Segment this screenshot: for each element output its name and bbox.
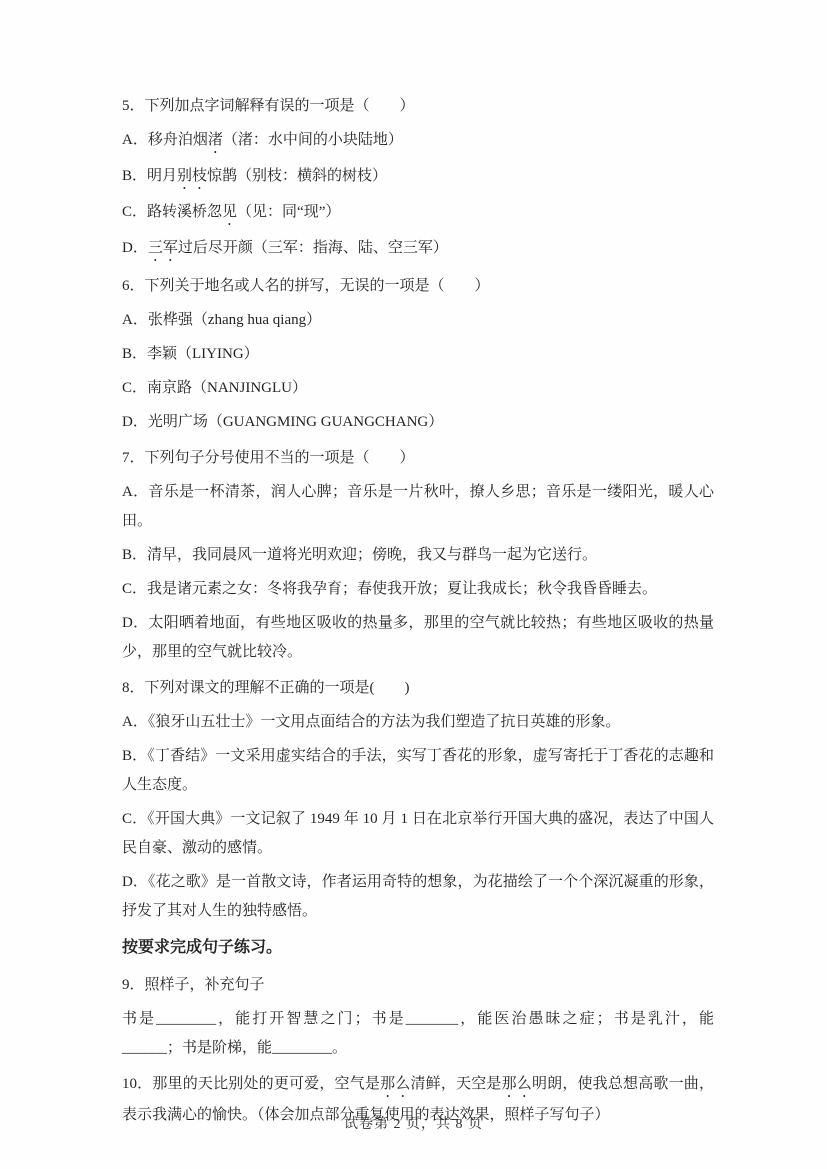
question-7-stem: 7．下列句子分号使用不当的一项是（ ） [122, 444, 714, 473]
emphasized-text: 那么 [502, 1076, 532, 1092]
text-run: B．《丁香结》一文采用虚实结合的手法，实写丁香花的形象，虚写寄托于丁香花的志趣和… [122, 748, 714, 793]
question-5-option-c: C．路转溪桥忽见（见：同“现”） [122, 198, 714, 229]
text-run: B．清早，我同晨风一道将光明欢迎；傍晚，我又与群鸟一起为它送行。 [122, 547, 597, 563]
emphasized-text: 别枝 [177, 168, 207, 184]
text-run: D．光明广场（GUANGMING GUANGCHANG） [122, 414, 443, 430]
question-6-stem: 6．下列关于地名或人名的拼写，无误的一项是（ ） [122, 272, 714, 301]
question-7-option-a: A．音乐是一杯清茶，润人心脾；音乐是一片秋叶，撩人乡思；音乐是一缕阳光，暖人心田… [122, 478, 714, 536]
text-run: A．张桦强（zhang hua qiang） [122, 312, 321, 328]
text-run: （见：同“现”） [237, 204, 340, 220]
text-run: C．南京路（NANJINGLU） [122, 380, 307, 396]
question-6-option-c: C．南京路（NANJINGLU） [122, 374, 714, 403]
text-run: C．《开国大典》一文记叙了 1949 年 10 月 1 日在北京举行开国大典的盛… [122, 811, 714, 856]
question-5-option-a: A．移舟泊烟渚（渚：水中间的小块陆地） [122, 126, 714, 157]
emphasized-text: 那么 [380, 1076, 410, 1092]
question-8-option-b: B．《丁香结》一文采用虚实结合的手法，实写丁香花的形象，虚写寄托于丁香花的志趣和… [122, 742, 714, 800]
text-run: D． [122, 240, 148, 256]
question-6-option-a: A．张桦强（zhang hua qiang） [122, 306, 714, 335]
question-8-option-d: D．《花之歌》是一首散文诗，作者运用奇特的想象，为花描绘了一个个深沉凝重的形象，… [122, 868, 714, 926]
text-run: 过后尽开颜（三军：指海、陆、空三军） [178, 240, 448, 256]
question-block-6: 6．下列关于地名或人名的拼写，无误的一项是（ ） A．张桦强（zhang hua… [122, 272, 714, 437]
text-run: D．太阳晒着地面，有些地区吸收的热量多，那里的空气就比较热；有些地区吸收的热量少… [122, 615, 714, 660]
text-run: C．路转溪桥忽 [122, 204, 222, 220]
question-7-option-c: C．我是诸元素之女：冬将我孕育；春使我开放；夏让我成长；秋令我昏昏睡去。 [122, 575, 714, 604]
text-run: B．李颖（LIYING） [122, 346, 259, 362]
question-5-stem: 5．下列加点字词解释有误的一项是（ ） [122, 92, 714, 121]
text-run: （渚：水中间的小块陆地） [223, 132, 403, 148]
question-6-option-d: D．光明广场（GUANGMING GUANGCHANG） [122, 408, 714, 437]
question-5-option-d: D．三军过后尽开颜（三军：指海、陆、空三军） [122, 234, 714, 265]
question-block-5: 5．下列加点字词解释有误的一项是（ ） A．移舟泊烟渚（渚：水中间的小块陆地） … [122, 92, 714, 265]
text-run: 惊鹊（别枝：横斜的树枝） [207, 168, 387, 184]
question-5-option-b: B．明月别枝惊鹊（别枝：横斜的树枝） [122, 162, 714, 193]
question-9-fill-blank-line: 书是________，能打开智慧之门；书是_______，能医治愚昧之症；书是乳… [122, 1005, 714, 1063]
question-block-7: 7．下列句子分号使用不当的一项是（ ） A．音乐是一杯清茶，润人心脾；音乐是一片… [122, 444, 714, 667]
text-run: D．《花之歌》是一首散文诗，作者运用奇特的想象，为花描绘了一个个深沉凝重的形象，… [122, 874, 714, 919]
question-8-stem: 8．下列对课文的理解不正确的一项是( ) [122, 674, 714, 703]
text-run: B．明月 [122, 168, 177, 184]
page-footer: 试卷第 2 页，共 8 页 [0, 1113, 827, 1133]
text-run: A．音乐是一杯清茶，润人心脾；音乐是一片秋叶，撩人乡思；音乐是一缕阳光，暖人心田… [122, 484, 714, 529]
emphasized-text: 见 [222, 204, 237, 220]
emphasized-text: 渚 [208, 132, 223, 148]
text-run: 清鲜，天空是 [410, 1076, 501, 1092]
question-6-option-b: B．李颖（LIYING） [122, 340, 714, 369]
text-run: A．《狼牙山五壮士》一文用点面结合的方法为我们塑造了抗日英雄的形象。 [122, 714, 620, 730]
text-run: 9．照样子，补充句子 [122, 977, 265, 993]
question-8-option-c: C．《开国大典》一文记叙了 1949 年 10 月 1 日在北京举行开国大典的盛… [122, 805, 714, 863]
question-block-8: 8．下列对课文的理解不正确的一项是( ) A．《狼牙山五壮士》一文用点面结合的方… [122, 674, 714, 926]
section-heading: 按要求完成句子练习。 [122, 933, 714, 963]
question-7-option-b: B．清早，我同晨风一道将光明欢迎；傍晚，我又与群鸟一起为它送行。 [122, 541, 714, 570]
question-block-9: 9．照样子，补充句子 书是________，能打开智慧之门；书是_______，… [122, 971, 714, 1063]
exam-content: 5．下列加点字词解释有误的一项是（ ） A．移舟泊烟渚（渚：水中间的小块陆地） … [122, 92, 714, 1137]
question-8-option-a: A．《狼牙山五壮士》一文用点面结合的方法为我们塑造了抗日英雄的形象。 [122, 708, 714, 737]
text-run: 书是________，能打开智慧之门；书是_______，能医治愚昧之症；书是乳… [122, 1011, 714, 1056]
emphasized-text: 三军 [148, 240, 178, 256]
text-run: A．移舟泊烟 [122, 132, 208, 148]
question-7-option-d: D．太阳晒着地面，有些地区吸收的热量多，那里的空气就比较热；有些地区吸收的热量少… [122, 609, 714, 667]
question-9-stem: 9．照样子，补充句子 [122, 971, 714, 1000]
exam-page: 5．下列加点字词解释有误的一项是（ ） A．移舟泊烟渚（渚：水中间的小块陆地） … [0, 0, 827, 1169]
text-run: 10．那里的天比别处的更可爱，空气是 [122, 1076, 380, 1092]
text-run: C．我是诸元素之女：冬将我孕育；春使我开放；夏让我成长；秋令我昏昏睡去。 [122, 581, 657, 597]
